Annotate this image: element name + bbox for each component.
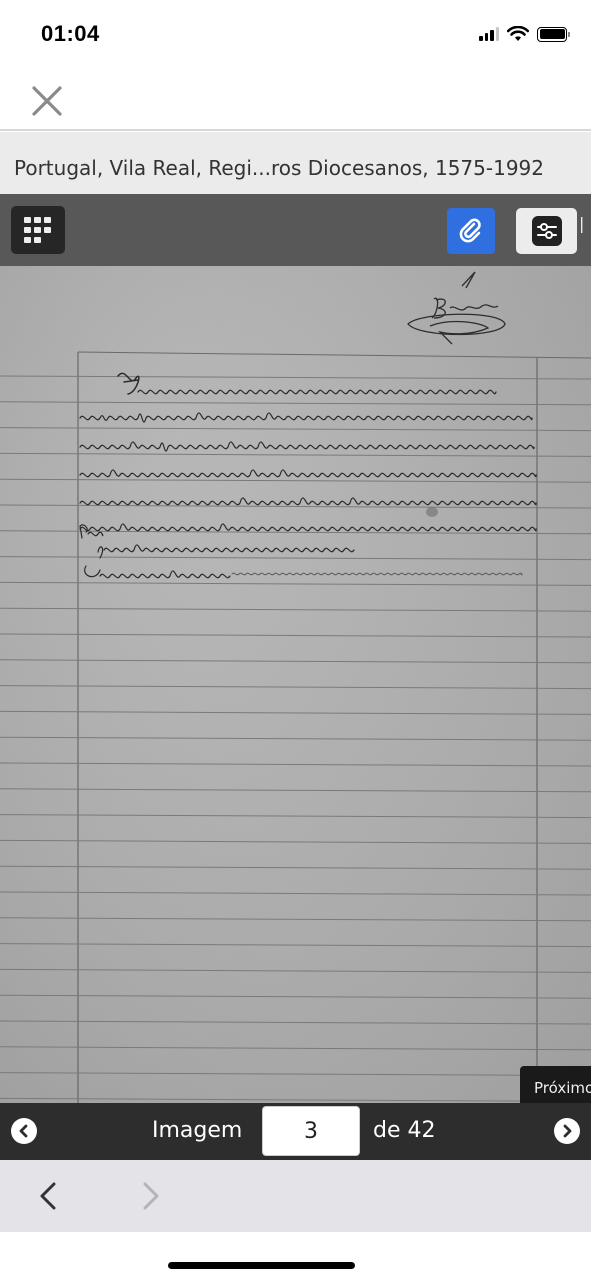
image-pager: Imagem de 42	[0, 1103, 591, 1160]
browser-forward-button[interactable]	[133, 1178, 167, 1214]
next-image-button[interactable]	[554, 1118, 580, 1144]
paperclip-icon	[457, 217, 485, 245]
image-label: Imagem	[152, 1118, 242, 1143]
battery-icon	[537, 27, 567, 42]
status-bar: 01:04	[0, 0, 591, 70]
home-indicator-area	[0, 1232, 591, 1280]
browser-navigation-bar	[0, 1160, 591, 1232]
browser-back-button[interactable]	[32, 1178, 66, 1214]
status-icons	[479, 26, 567, 42]
back-arrow-icon	[32, 1178, 66, 1214]
collection-title: Portugal, Vila Real, Regi...ros Diocesan…	[14, 156, 544, 180]
attach-button[interactable]	[447, 208, 495, 254]
toolbar-overflow: |	[579, 214, 591, 248]
close-bar	[0, 70, 591, 131]
close-icon	[28, 82, 66, 120]
cellular-signal-icon	[479, 27, 499, 41]
forward-arrow-icon	[133, 1178, 167, 1214]
home-indicator[interactable]	[168, 1262, 355, 1269]
chevron-right-circle-icon	[560, 1124, 574, 1138]
image-total: de 42	[373, 1118, 436, 1143]
wifi-icon	[507, 26, 529, 42]
grid-icon	[24, 217, 52, 243]
sliders-icon	[532, 216, 562, 246]
document-image	[0, 266, 591, 1104]
close-button[interactable]	[28, 82, 66, 120]
previous-image-button[interactable]	[11, 1118, 37, 1144]
status-time: 01:04	[41, 21, 100, 47]
chevron-left-circle-icon	[17, 1124, 31, 1138]
image-settings-button[interactable]	[516, 208, 577, 254]
collection-title-bar: Portugal, Vila Real, Regi...ros Diocesan…	[0, 132, 591, 194]
document-image-viewer[interactable]	[0, 266, 591, 1104]
viewer-toolbar: |	[0, 194, 591, 266]
image-number-input[interactable]	[262, 1106, 360, 1156]
gallery-grid-button[interactable]	[11, 206, 65, 254]
